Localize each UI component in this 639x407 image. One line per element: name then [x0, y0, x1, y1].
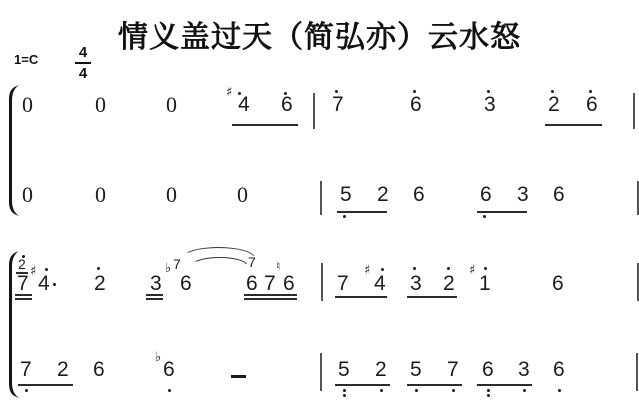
- note: 5: [410, 359, 422, 380]
- octave-dot: [25, 389, 28, 392]
- beam-underline: [18, 384, 73, 386]
- note: 7: [447, 359, 459, 380]
- barline: [320, 353, 322, 391]
- note: 5: [338, 359, 350, 380]
- note: 6: [93, 359, 105, 380]
- extension-dash: [231, 375, 246, 378]
- beam-underline: [477, 384, 532, 386]
- score-sheet: 情义盖过天（简弘亦）云水怒 1=C 4 4 000♯46763260000526…: [0, 0, 639, 407]
- accidental: ♭: [155, 351, 161, 364]
- note: 7: [20, 359, 32, 380]
- octave-dot: [380, 389, 383, 392]
- note: 3: [518, 359, 530, 380]
- beam-underline: [407, 384, 462, 386]
- octave-dot: [523, 389, 526, 392]
- voice2-measures-3-4: 726♭65257636: [0, 0, 639, 407]
- octave-dot: [487, 389, 490, 392]
- octave-dot: [343, 394, 346, 397]
- note: 2: [57, 359, 69, 380]
- note: 6: [482, 359, 494, 380]
- octave-dot: [415, 389, 418, 392]
- note: 2: [375, 359, 387, 380]
- note: 6: [163, 359, 175, 380]
- barline: [636, 353, 638, 391]
- note: 6: [553, 359, 565, 380]
- octave-dot: [452, 389, 455, 392]
- octave-dot: [558, 389, 561, 392]
- octave-dot: [487, 394, 490, 397]
- octave-dot: [168, 389, 171, 392]
- beam-underline: [335, 384, 390, 386]
- octave-dot: [343, 389, 346, 392]
